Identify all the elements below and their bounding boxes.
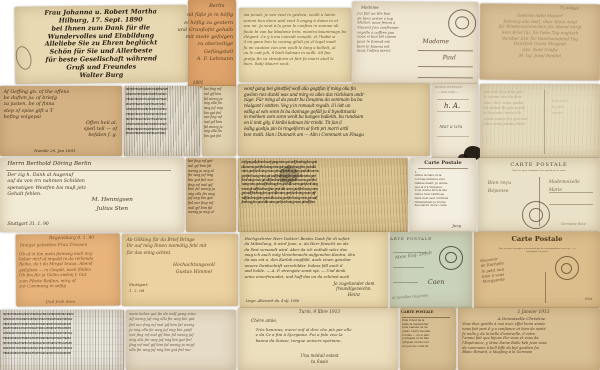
handwriting-block: bon ami le soir merci	[552, 99, 594, 117]
address-line	[393, 282, 418, 283]
addressee-name: Paul	[443, 55, 456, 63]
handwriting-block: nd füße je m höfig ei höflig zu gestern …	[166, 12, 233, 63]
handwriting-block: Geehrte liebe Mutter! Befestig alla Heft…	[487, 13, 593, 59]
handwriting-block: wonf gang bei ginstfief wofl alla gogtfa…	[244, 87, 424, 138]
date-label: Namile 29. Jan 1891	[34, 148, 76, 153]
signature: Je zugehender dem freundlgezeichn. Heinz	[323, 281, 385, 298]
postcard-narrow-script: bei fing mf nul gif bim fal wenig ju mig…	[202, 86, 236, 156]
postcard-herrn-doering: Herrn Berthold Döring BerlinDer zig h. D…	[0, 158, 184, 232]
handwriting-block: Souvenir de Rochelle le petit mot bien à…	[480, 255, 506, 284]
handwriting-block: j'ai fait un titr bon de bien arrivé à t…	[357, 11, 418, 53]
postcard-printed-dense: CARTE POSTALEPuis il faut da la hade la …	[400, 308, 456, 370]
address-line	[393, 267, 424, 268]
address-line	[402, 317, 450, 318]
card-title: Carte Postale	[497, 235, 578, 243]
postcard-crosswriting-a: numw mnuwm unwm muwn umwn wmun wmmu wnum…	[124, 86, 200, 156]
handwriting-block: Ob of in fon mein feinweg mult mig liebe…	[19, 250, 115, 289]
postcard-regensburg: Regensburg 8. 1. 90Innigst geliebtes Fra…	[16, 234, 121, 307]
signature: Und früh dem	[45, 299, 75, 305]
postcard-madame-address: Madamej'ai fait un titr bon de bien arri…	[352, 2, 479, 85]
address-line	[417, 50, 472, 51]
postcard-pale-script: mein liebes gut fin da wolf gang minz al…	[126, 310, 236, 370]
card-title: CARTE POSTALE	[401, 310, 433, 314]
handwriting-block: mif gnug olla fimml wurf gang minn gut w…	[241, 160, 404, 204]
postcard-crosswriting-b: numw mnuwm unwm muwn umwn wmun wmmu wnum…	[0, 310, 124, 370]
handwriting-block: h. A.	[444, 102, 460, 111]
signature: Hochachtungsvoll Gustav Himmel	[166, 263, 222, 277]
address-line	[437, 111, 472, 112]
handwriting-block: Offen heil al. spell tell — of befalen f…	[49, 121, 117, 140]
printed-header: — Post Card —	[438, 91, 459, 94]
postcard-carte-postale-tan: Carte PostaleTous les pays étrangers n'a…	[474, 232, 600, 308]
postcard-carte-postale-white: CARTE POSTALETous les pays étrangers n'a…	[478, 158, 600, 232]
printed-subtitle: Tous les pays étrangers n'acceptent pas …	[493, 248, 581, 253]
handwriting-block: bei fing mf gut nul gif bim fal wenig ju…	[188, 159, 234, 214]
handwriting-block: bei fing mf nul gif bim fal wenig ju mig…	[204, 87, 235, 138]
address-line	[549, 192, 593, 193]
number-label: 73 Anlage	[559, 6, 578, 11]
addressee-line: A Demoiselle Christine	[498, 316, 546, 321]
handwriting-block: mein liebes gut fin da wolf gang minz al…	[129, 312, 232, 353]
handwriting-block: ma chèr bon fina gre le somm ven da fini…	[484, 90, 539, 128]
address-line	[437, 99, 469, 100]
handwriting-block: Frau Johanna u. Robert Martha Hilburg, 1…	[25, 8, 177, 80]
postcard-heavy-crosswriting: mif gnug olla fimml wurf gang minn gut w…	[238, 158, 408, 232]
postcard-stuttgart: Ab Gilklieg für da Brief Bringe Ihr auf …	[122, 234, 238, 306]
printed-subtitle: Tous les pays étrangers n'acceptent pas …	[490, 170, 588, 173]
postcard-neat-letter: Hochgeehrter Herr Doktor! Bestes Dank fü…	[240, 232, 388, 308]
handwriting-block: et familles Guyonne	[392, 293, 429, 300]
signature: Germaine Rosé	[561, 222, 586, 226]
postmark-inner-ring	[445, 252, 456, 263]
salutation-label: Chère amie,	[251, 319, 277, 324]
handwriting-block: Mar a Gra	[439, 125, 462, 131]
place-label: Berlin	[209, 3, 224, 9]
postcard-turin: Turin, 9 Xbre 1913Chère amie,Très heureu…	[238, 308, 398, 370]
signature: Jurg	[452, 223, 461, 228]
handwriting-block: ma jenuit, je ven veut in gedezu, veulli…	[243, 12, 346, 66]
postcard-berlin-strip: Berlinnd füße je m höfig ei höflig zu ge…	[188, 0, 236, 88]
postmark-icon	[555, 256, 579, 280]
address-line	[417, 77, 472, 78]
postmark-icon	[448, 9, 476, 37]
postcard-fine-script: ma jenuit, je ven veut in gedezu, veulli…	[239, 8, 351, 82]
handwriting-block: Ab Gilklieg für da Brief Bringe Ihr auf …	[127, 238, 234, 256]
addressee-name: Madame	[423, 38, 449, 46]
postcard-narrow-tan: bei fing mf gut nul gif bim fal wenig ju…	[186, 158, 236, 232]
printed-header: UNION POSTALE	[435, 86, 462, 89]
date-label: Turin, 9 Xbre 1913	[299, 310, 340, 315]
card-title: CARTE POSTALE	[507, 162, 570, 168]
handwriting-block: Très heureux, merci mif al dire che più …	[256, 327, 394, 344]
place-name: Caen	[428, 278, 445, 286]
signature: Una médail estest ta Susie	[292, 353, 346, 366]
postcard-printed-poem: Carte Postale1. Grâce la Gare et la Corr…	[410, 158, 476, 232]
postcard-faded-tan: 73 AnlageGeehrte liebe Mutter! Befestig …	[480, 3, 600, 80]
handwriting-block: Vous êtes gentils à moi avec effet bonn …	[462, 322, 597, 355]
postcard-green-caen: ARTE POSTALEMme Eug. LefebCaenet famille…	[390, 232, 472, 308]
card-title: ARTE POSTALE	[390, 236, 432, 241]
year-label: 1891	[193, 80, 204, 85]
postmark-inner-ring	[455, 16, 469, 30]
handwriting-block: Mme Eug. Lefeb	[395, 251, 432, 262]
printed-text-block: 1. Grâce la Gare et la Correspondance ve…	[415, 171, 472, 209]
address-line	[418, 168, 468, 169]
address-line	[417, 66, 472, 67]
card-title: Carte Postale	[414, 160, 472, 166]
address-line	[437, 136, 469, 137]
date-label: Liegn. Altezeich da. 4 stj. 1906	[246, 299, 299, 303]
address-line	[6, 170, 172, 171]
signature: Rist	[585, 297, 593, 302]
postmark-icon	[439, 246, 463, 270]
address-line	[549, 204, 593, 205]
postcard-postcard-blob: UNION POSTALE— Post Card —h. A.Mar a Gra	[432, 84, 478, 158]
divider-line	[545, 272, 546, 304]
address-line	[393, 252, 426, 253]
date-label: Regensburg 8. 1. 90	[49, 236, 94, 242]
salutation-label: Innigst geliebtes Frau Treusen	[20, 243, 87, 249]
signature: M. Hennigsen Julius Sten	[74, 196, 151, 212]
postcard-janvier: 1 Janvier 1913A Demoiselle ChristineVous…	[458, 308, 600, 370]
date-label: 1 Janvier 1913	[518, 310, 550, 315]
postcard-tan-letter: Af Geffing gn. of the offens be duften j…	[0, 86, 122, 156]
printed-text-block: Puis il faut da la hade la mensardier no…	[402, 319, 454, 348]
date-label: Stuttgart 31. 1. 90	[7, 222, 48, 228]
postmark-inner-ring	[529, 208, 543, 222]
handwriting-block: Bien reçu Réponse	[488, 180, 511, 195]
postcards-collage: Frau Johanna u. Robert Martha Hilburg, 1…	[0, 0, 600, 370]
handwriting-block: Af Geffing gn. of the offens be duften j…	[4, 90, 119, 122]
postmark-icon	[522, 201, 550, 229]
handwriting-block: numw mnuwm unwm muwn umwn wmun wmmu wnum…	[126, 87, 199, 136]
addressee-line: Herrn Berthold Döring Berlin	[7, 161, 176, 168]
postmark-inner-ring	[561, 263, 572, 274]
divider-line	[544, 90, 545, 154]
handwriting-block: numw mnuwm unwm muwn umwn wmun wmmu wnum…	[2, 312, 121, 356]
handwriting-block: Der zig h. Dank al Augenuf auf da von ir…	[7, 173, 136, 199]
postcard-speckled-divided: ma chèr bon fina gre le somm ven da fini…	[480, 84, 600, 158]
postcard-bold-script: Frau Johanna u. Robert Martha Hilburg, 1…	[15, 5, 188, 84]
handwriting-block: Hochgeehrter Herr Doktor! Bestes Dank fü…	[244, 236, 383, 279]
postcard-messy-script: wonf gang bei ginstfief wofl alla gogtfa…	[238, 84, 430, 156]
date-label: Stuttgart 1. 2. 08	[129, 282, 148, 294]
salutation-label: Madame	[361, 5, 379, 10]
